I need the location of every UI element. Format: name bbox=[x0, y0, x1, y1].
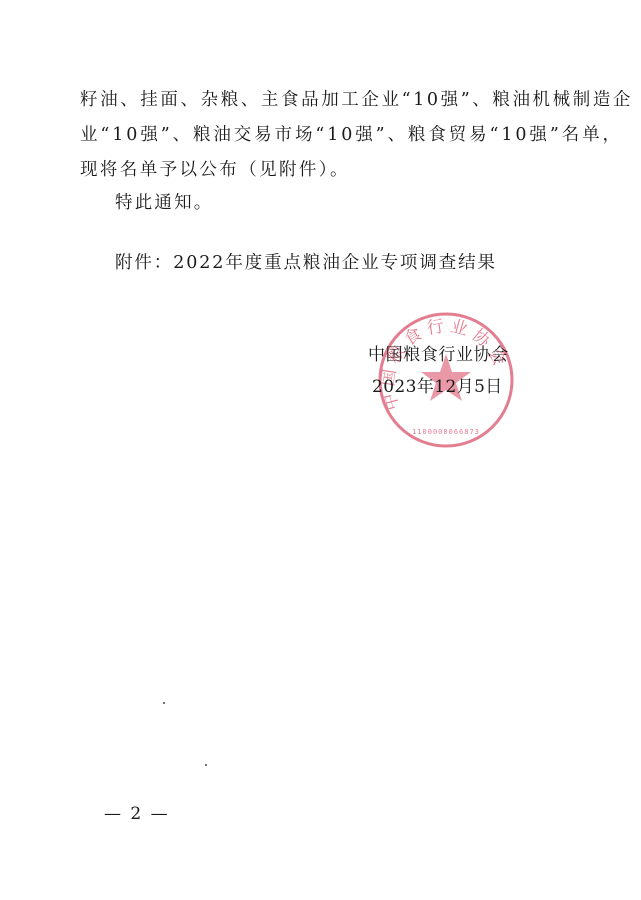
scan-speck bbox=[205, 764, 207, 766]
body-line-2: 业“10强”、粮油交易市场“10强”、粮食贸易“10强”名单， bbox=[80, 123, 623, 147]
signature-date: 2023年12月5日 bbox=[372, 375, 503, 399]
body-line-3: 现将名单予以公布（见附件）。 bbox=[80, 158, 350, 182]
seal-serial: 1100000066873 bbox=[412, 428, 480, 436]
scan-speck bbox=[163, 702, 165, 704]
page-number: — 2 — bbox=[104, 804, 170, 824]
closing-line: 特此通知。 bbox=[115, 191, 214, 215]
signature-organization: 中国粮食行业协会 bbox=[368, 343, 509, 367]
attachment-line: 附件：2022年度重点粮油企业专项调查结果 bbox=[115, 251, 497, 275]
body-line-1: 籽油、挂面、杂粮、主食品加工企业“10强”、粮油机械制造企 bbox=[80, 88, 633, 112]
